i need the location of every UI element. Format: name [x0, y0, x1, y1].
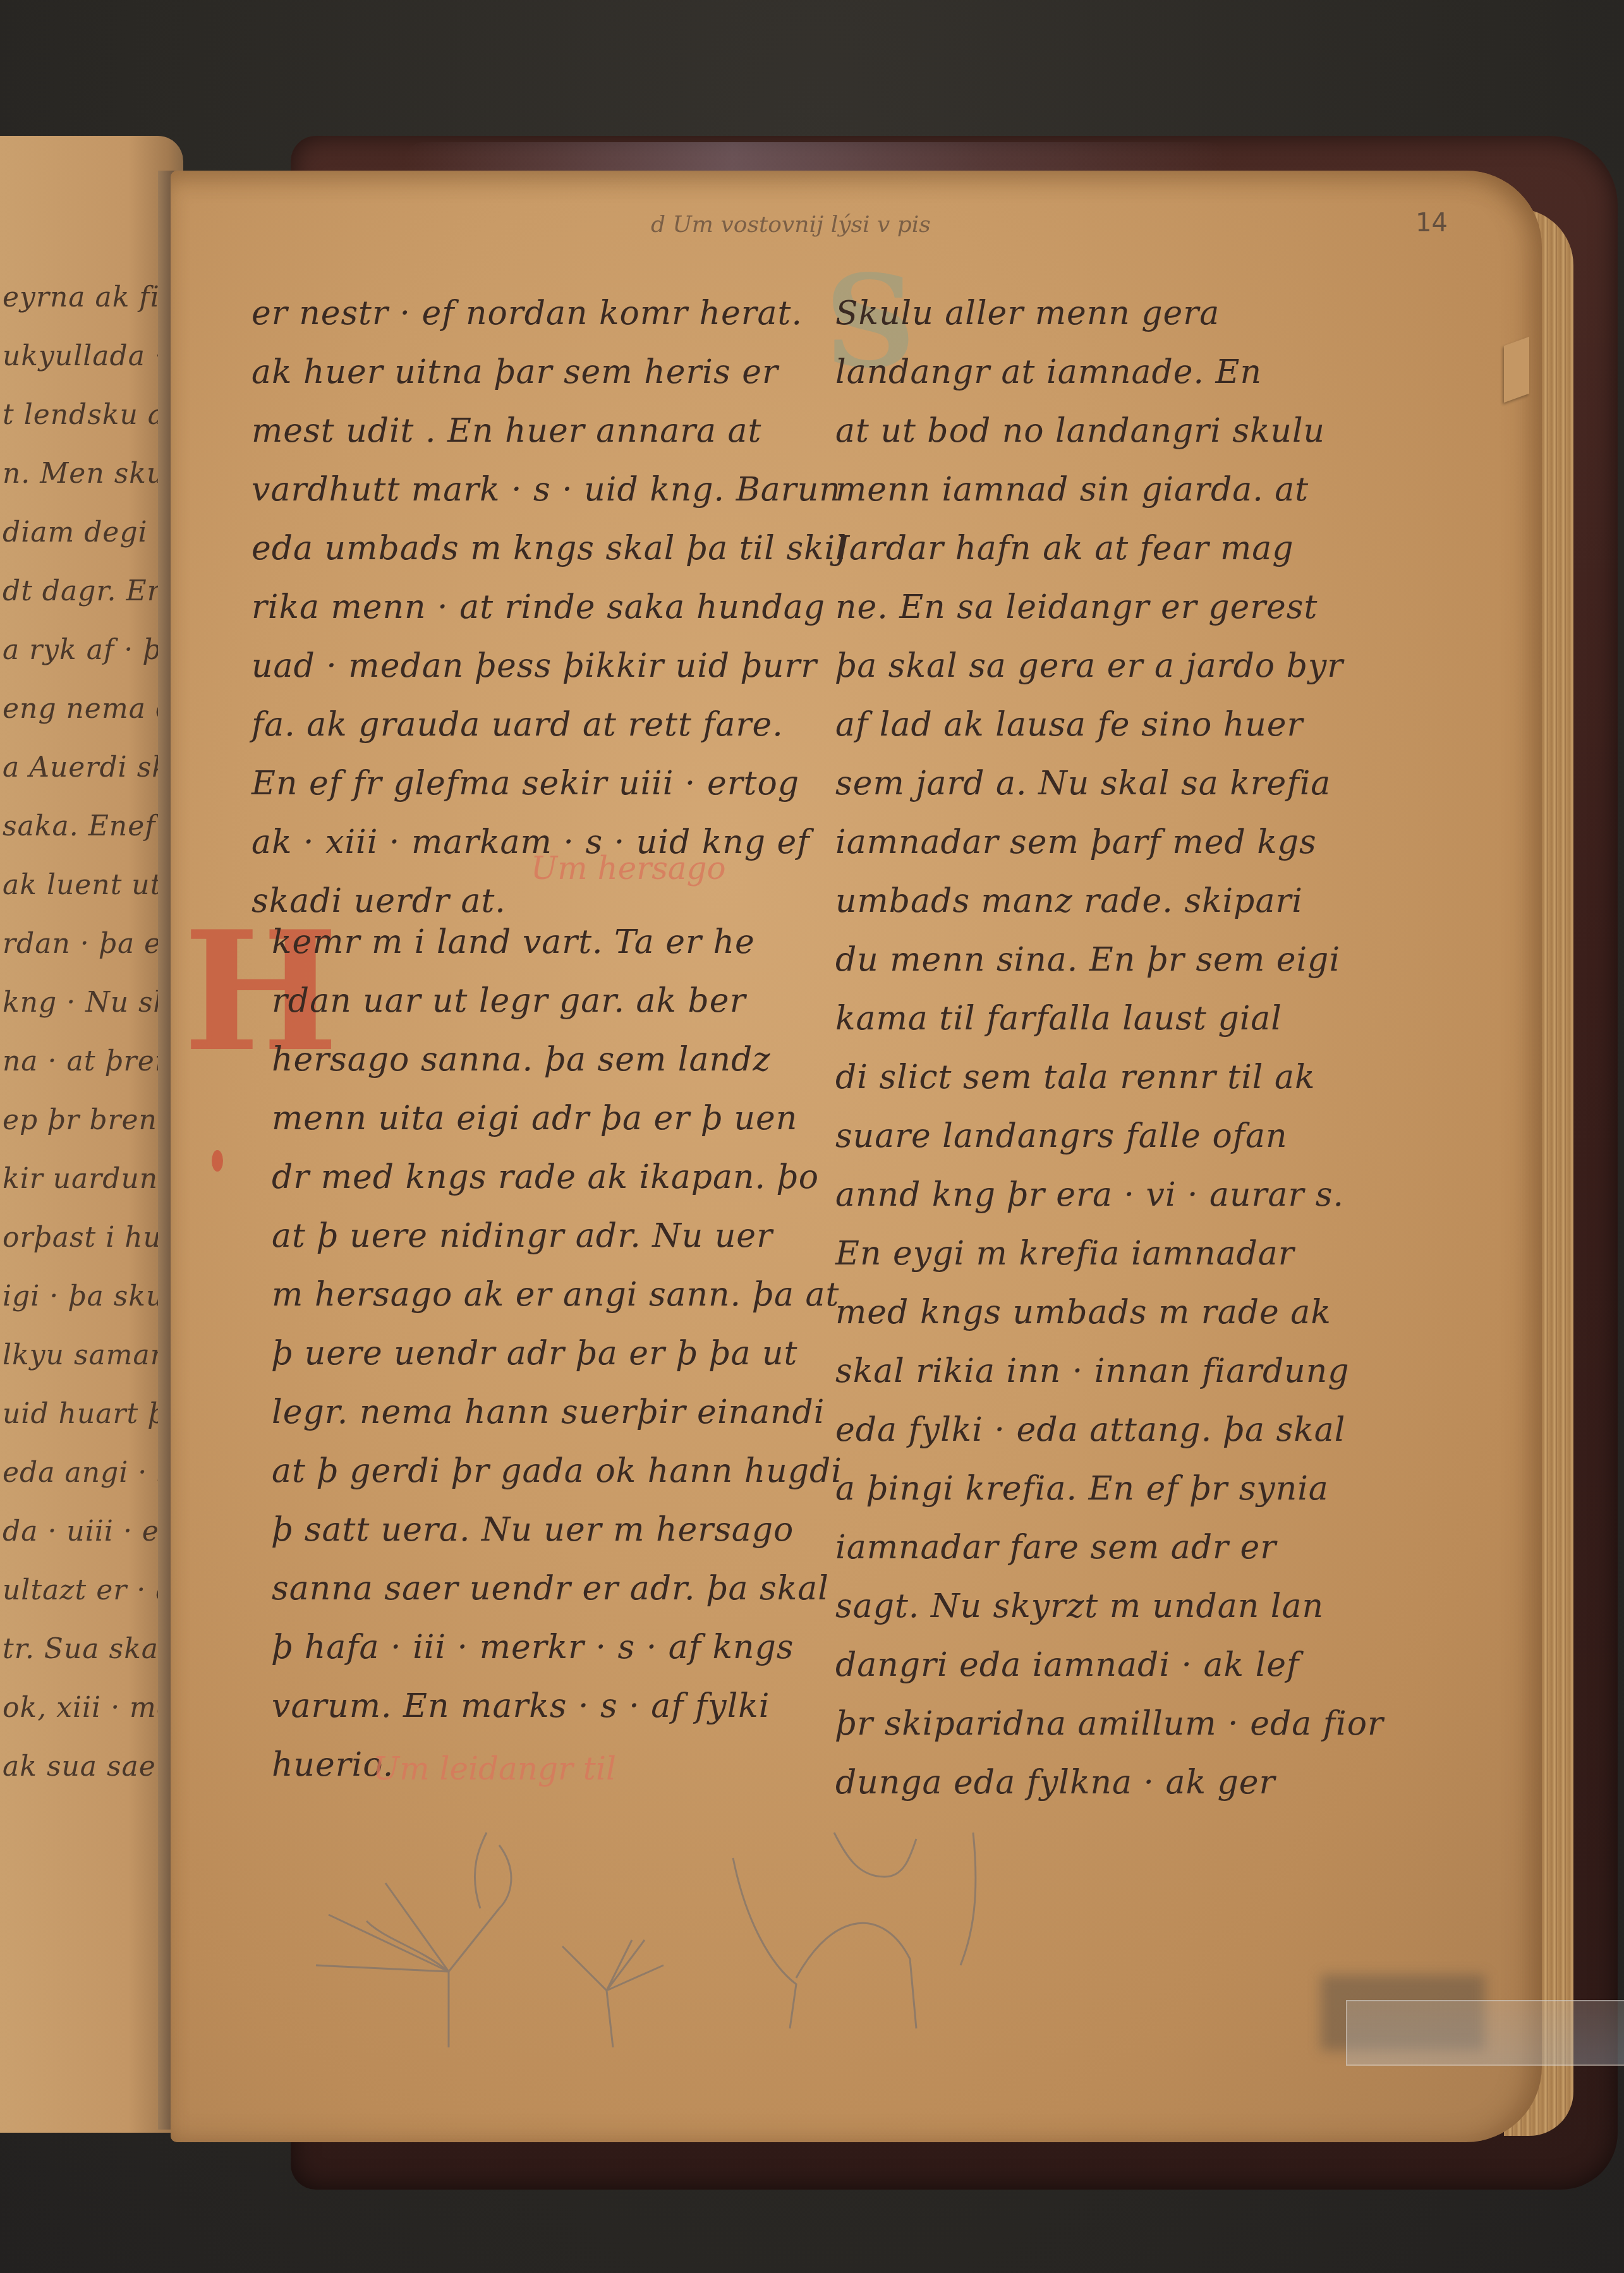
text-line: dr med kngs rade ak ikapan. þo	[272, 1148, 842, 1207]
verso-text-line: uid huart þr	[3, 1385, 167, 1444]
verso-text-line: dt dagr. En ef	[3, 562, 167, 621]
verso-text-line: eng nema ein	[3, 680, 167, 739]
text-line: di slict sem tala rennr til ak	[835, 1048, 1384, 1107]
verso-text-line: kng · Nu skulu	[3, 974, 167, 1033]
text-line: mest udit . En huer annara at	[251, 402, 847, 461]
text-line: dunga eda fylkna · ak ger	[835, 1754, 1384, 1812]
text-line: menn uita eigi adr þa er þ uen	[272, 1089, 842, 1148]
text-line: a þingi krefia. En ef þr synia	[835, 1460, 1384, 1518]
verso-text-line: ak sua saer	[3, 1738, 167, 1797]
verso-text-line: saka. Enef alle	[3, 797, 167, 856]
text-line: hersago sanna. þa sem landz	[272, 1031, 842, 1089]
right-column-text: Skulu aller menn geralandangr at iamnade…	[835, 284, 1384, 1812]
text-line: þ satt uera. Nu uer m hersago	[272, 1501, 842, 1560]
text-line: kemr m i land vart. Ta er he	[272, 913, 842, 972]
verso-text-line: a Auerdi skal	[3, 739, 167, 797]
text-line: legr. nema hann suerþir einandi	[272, 1383, 842, 1442]
text-line: suare landangrs falle ofan	[835, 1107, 1384, 1166]
text-line: rdan uar ut legr gar. ak ber	[272, 972, 842, 1031]
verso-text-line: t lendsku at a	[3, 386, 167, 445]
text-line: iamnadar fare sem adr er	[835, 1518, 1384, 1577]
verso-text-line: ep þr brenna a	[3, 1091, 167, 1150]
verso-text-line: eyrna ak fior	[3, 269, 167, 327]
verso-text-line: ukyullada · hei	[3, 327, 167, 386]
text-line: þ uere uendr adr þa er þ þa ut	[272, 1324, 842, 1383]
verso-text-line: n. Men skulu a	[3, 445, 167, 504]
verso-text-line: ultazt er · ak	[3, 1561, 167, 1620]
text-line: skal rikia inn · innan fiardung	[835, 1342, 1384, 1401]
verso-text: eyrna ak fiorukyullada · heit lendsku at…	[3, 269, 167, 1797]
text-line: sem jard a. Nu skal sa krefia	[835, 755, 1384, 813]
verso-text-line: tr. Sua skal	[3, 1620, 167, 1679]
text-line: vardhutt mark · s · uid kng. Barun	[251, 461, 847, 519]
text-line: uad · medan þess þikkir uid þurr	[251, 637, 847, 696]
text-line: En eygi m krefia iamnadar	[835, 1225, 1384, 1283]
text-line: varum. En marks · s · af fylki	[272, 1677, 842, 1736]
text-line: at þ gerdi þr gada ok hann hugdi	[272, 1442, 842, 1501]
text-line: m hersago ak er angi sann. þa at	[272, 1266, 842, 1324]
text-line: kama til farfalla laust gial	[835, 990, 1384, 1048]
text-line: menn iamnad sin giarda. at	[835, 461, 1384, 519]
verso-text-line: igi · þa skulu þ	[3, 1268, 167, 1326]
text-line: af lad ak lausa fe sino huer	[835, 696, 1384, 755]
text-line: eda fylki · eda attang. þa skal	[835, 1401, 1384, 1460]
verso-text-line: da · uiii · ert · ok	[3, 1503, 167, 1561]
text-line: þa skal sa gera er a jardo byr	[835, 637, 1384, 696]
text-line: annd kng þr era · vi · aurar s.	[835, 1166, 1384, 1225]
text-line: med kngs umbads m rade ak	[835, 1283, 1384, 1342]
text-line: þ hafa · iii · merkr · s · af kngs	[272, 1618, 842, 1677]
rubric-heading: Um hersago	[531, 850, 726, 887]
rubric-heading-bottom: Um leidangr til	[373, 1750, 616, 1787]
text-line: at þ uere nidingr adr. Nu uer	[272, 1207, 842, 1266]
text-line: umbads manz rade. skipari	[835, 872, 1384, 931]
verso-text-line: na · at þreme	[3, 1033, 167, 1091]
text-line: du menn sina. En þr sem eigi	[835, 931, 1384, 990]
verso-text-line: ok, xiii · merk	[3, 1679, 167, 1738]
verso-text-line: eda angi · Sau	[3, 1444, 167, 1503]
text-line: landangr at iamnade. En	[835, 343, 1384, 402]
verso-text-line: ak luent ut	[3, 856, 167, 915]
verso-text-line: lkyu samarsla	[3, 1326, 167, 1385]
left-column-text: er nestr · ef nordan komr herat.ak huer …	[251, 284, 847, 931]
text-line: dangri eda iamnadi · ak lef	[835, 1636, 1384, 1695]
text-line: Jardar hafn ak at fear mag	[835, 519, 1384, 578]
text-line: þr skiparidna amillum · eda fior	[835, 1695, 1384, 1754]
text-line: En ef fr glefma sekir uiii · ertog	[251, 755, 847, 813]
text-line: eda umbads m kngs skal þa til skil	[251, 519, 847, 578]
page-tab	[1504, 337, 1529, 403]
verso-text-line: orþast i huart e	[3, 1209, 167, 1268]
text-line: Skulu aller menn gera	[835, 284, 1384, 343]
folio-number: 14	[1415, 209, 1448, 238]
verso-text-line: kir uardun u	[3, 1150, 167, 1209]
verso-text-line: a ryk af · þa er	[3, 621, 167, 680]
text-line: er nestr · ef nordan komr herat.	[251, 284, 847, 343]
text-line: iamnadar sem þarf med kgs	[835, 813, 1384, 872]
left-column-text-continued: kemr m i land vart. Ta er herdan uar ut …	[272, 913, 842, 1795]
acrylic-page-clip	[1346, 2000, 1624, 2066]
top-margin-annotation: d Um vostovnij lýsi v pis	[651, 212, 931, 238]
text-line: fa. ak grauda uard at rett fare.	[251, 696, 847, 755]
text-line: sanna saer uendr er adr. þa skal	[272, 1560, 842, 1618]
text-line: sagt. Nu skyrzt m undan lan	[835, 1577, 1384, 1636]
red-ornament	[212, 1150, 223, 1172]
text-line: rika menn · at rinde saka hundag	[251, 578, 847, 637]
text-line: ak huer uitna þar sem heris er	[251, 343, 847, 402]
pencil-sketch	[291, 1820, 1049, 2047]
text-line: at ut bod no landangri skulu	[835, 402, 1384, 461]
text-line: ne. En sa leidangr er gerest	[835, 578, 1384, 637]
verso-text-line: diam degi · ak h	[3, 504, 167, 562]
verso-text-line: rdan · þa er Ca	[3, 915, 167, 974]
